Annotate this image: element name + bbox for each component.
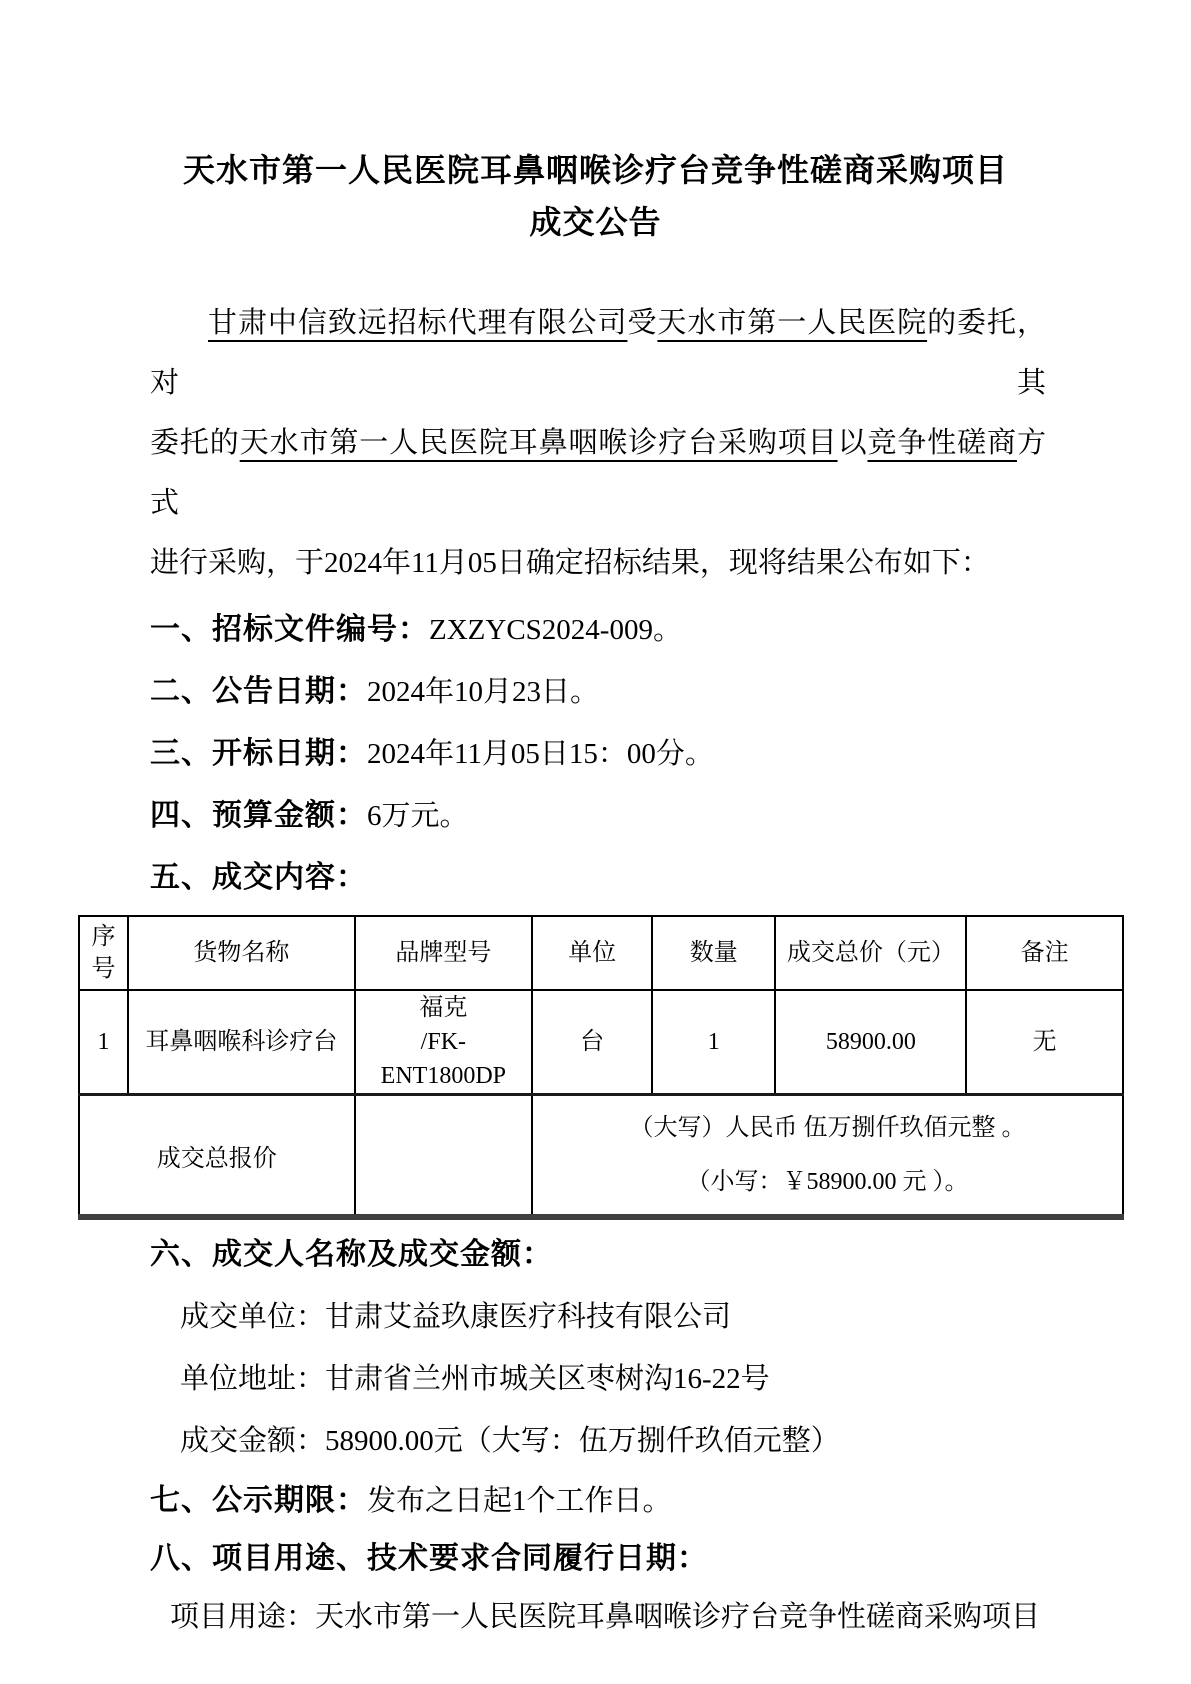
section-value: 2024年11月05日15：00分。 bbox=[367, 738, 714, 770]
award-table: 序号 货物名称 品牌型号 单位 数量 成交总价（元） 备注 1 耳鼻咽喉科诊疗台… bbox=[78, 915, 1124, 1220]
cell-seq-no: 1 bbox=[79, 990, 128, 1095]
section-label: 五、成交内容： bbox=[150, 861, 367, 894]
intro-line-3: 进行采购，于2024年11月05日确定招标结果，现将结果公布如下： bbox=[150, 533, 1046, 593]
header-cell-brand-model: 品牌型号 bbox=[355, 916, 532, 990]
section-label: 一、招标文件编号： bbox=[150, 613, 429, 646]
section-label: 六、成交人名称及成交金额： bbox=[150, 1238, 553, 1271]
section-opening-date: 三、开标日期：2024年11月05日15：00分。 bbox=[150, 723, 1046, 785]
brand-line-2: /FK-ENT1800DP bbox=[361, 1025, 526, 1093]
method-name-underlined: 竞争性磋商 bbox=[867, 427, 1016, 459]
section-label: 八、项目用途、技术要求合同履行日期： bbox=[150, 1542, 708, 1575]
table-total-row: 成交总报价 （大写）人民币 伍万捌仟玖佰元整 。 （小写：￥58900.00 元… bbox=[79, 1095, 1123, 1218]
section-value: 发布之日起1个工作日。 bbox=[367, 1485, 672, 1517]
total-label-cell: 成交总报价 bbox=[79, 1095, 355, 1218]
section-label: 三、开标日期： bbox=[150, 737, 367, 770]
intro-line-1: 甘肃中信致远招标代理有限公司受天水市第一人民医院的委托，对其 bbox=[150, 293, 1046, 413]
header-cell-unit: 单位 bbox=[532, 916, 652, 990]
section-value: ZXZYCS2024-009。 bbox=[429, 614, 682, 646]
intro-segment: 受 bbox=[627, 307, 657, 339]
document-page: 天水市第一人民医院耳鼻咽喉诊疗台竞争性磋商采购项目 成交公告 甘肃中信致远招标代… bbox=[0, 0, 1191, 1684]
project-name-underlined: 天水市第一人民医院耳鼻咽喉诊疗台采购项目 bbox=[240, 427, 838, 459]
awardee-unit-line: 成交单位：甘肃艾益玖康医疗科技有限公司 bbox=[180, 1286, 1046, 1348]
brand-line-1: 福克 bbox=[361, 991, 526, 1025]
intro-segment: 以 bbox=[838, 427, 868, 459]
total-amount-cell: （大写）人民币 伍万捌仟玖佰元整 。 （小写：￥58900.00 元 ）。 bbox=[532, 1095, 1123, 1218]
cell-quantity: 1 bbox=[652, 990, 775, 1095]
header-cell-goods-name: 货物名称 bbox=[128, 916, 355, 990]
section-value: 2024年10月23日。 bbox=[367, 676, 599, 708]
usage-line: 项目用途：天水市第一人民医院耳鼻咽喉诊疗台竞争性磋商采购项目 bbox=[170, 1588, 1046, 1646]
section-label: 七、公示期限： bbox=[150, 1484, 367, 1517]
doc-title-line-1: 天水市第一人民医院耳鼻咽喉诊疗台竞争性磋商采购项目 bbox=[90, 144, 1101, 196]
cell-remark: 无 bbox=[966, 990, 1123, 1095]
section-budget: 四、预算金额：6万元。 bbox=[150, 785, 1046, 847]
intro-paragraph: 甘肃中信致远招标代理有限公司受天水市第一人民医院的委托，对其 委托的天水市第一人… bbox=[150, 293, 1046, 593]
cell-total-price: 58900.00 bbox=[775, 990, 966, 1095]
section-label: 二、公告日期： bbox=[150, 675, 367, 708]
section-award-content: 五、成交内容： bbox=[150, 847, 1046, 909]
total-empty-brand-cell bbox=[355, 1095, 532, 1218]
uppercase-amount-line: （大写）人民币 伍万捌仟玖佰元整 。 bbox=[538, 1101, 1117, 1155]
header-cell-remark: 备注 bbox=[966, 916, 1123, 990]
intro-line-2: 委托的天水市第一人民医院耳鼻咽喉诊疗台采购项目以竞争性磋商方式 bbox=[150, 413, 1046, 533]
agency-name-underlined: 甘肃中信致远招标代理有限公司 bbox=[208, 307, 627, 339]
header-cell-total-price: 成交总价（元） bbox=[775, 916, 966, 990]
intro-segment: 委托的 bbox=[150, 427, 240, 459]
section-announce-date: 二、公告日期：2024年10月23日。 bbox=[150, 661, 1046, 723]
section-publicity-period: 七、公示期限：发布之日起1个工作日。 bbox=[150, 1472, 1046, 1530]
section-label: 四、预算金额： bbox=[150, 799, 367, 832]
cell-brand-model: 福克 /FK-ENT1800DP bbox=[355, 990, 532, 1095]
awardee-amount-line: 成交金额：58900.00元（大写：伍万捌仟玖佰元整） bbox=[180, 1410, 1046, 1472]
header-cell-seq-no: 序号 bbox=[79, 916, 128, 990]
table-row: 1 耳鼻咽喉科诊疗台 福克 /FK-ENT1800DP 台 1 58900.00… bbox=[79, 990, 1123, 1095]
lowercase-amount-line: （小写：￥58900.00 元 ）。 bbox=[538, 1155, 1117, 1209]
doc-title-line-2: 成交公告 bbox=[90, 196, 1101, 248]
purchaser-name-underlined: 天水市第一人民医院 bbox=[657, 307, 927, 339]
section-tender-doc-no: 一、招标文件编号：ZXZYCS2024-009。 bbox=[150, 599, 1046, 661]
cell-unit: 台 bbox=[532, 990, 652, 1095]
section-awardee: 六、成交人名称及成交金额： bbox=[150, 1224, 1046, 1286]
header-cell-quantity: 数量 bbox=[652, 916, 775, 990]
section-value: 6万元。 bbox=[367, 800, 469, 832]
table-header-row: 序号 货物名称 品牌型号 单位 数量 成交总价（元） 备注 bbox=[79, 916, 1123, 990]
cell-goods-name: 耳鼻咽喉科诊疗台 bbox=[128, 990, 355, 1095]
section-project-usage: 八、项目用途、技术要求合同履行日期： bbox=[150, 1530, 1046, 1588]
awardee-address-line: 单位地址：甘肃省兰州市城关区枣树沟16-22号 bbox=[180, 1348, 1046, 1410]
award-table-wrapper: 序号 货物名称 品牌型号 单位 数量 成交总价（元） 备注 1 耳鼻咽喉科诊疗台… bbox=[78, 915, 1124, 1220]
doc-title: 天水市第一人民医院耳鼻咽喉诊疗台竞争性磋商采购项目 成交公告 bbox=[90, 144, 1101, 248]
